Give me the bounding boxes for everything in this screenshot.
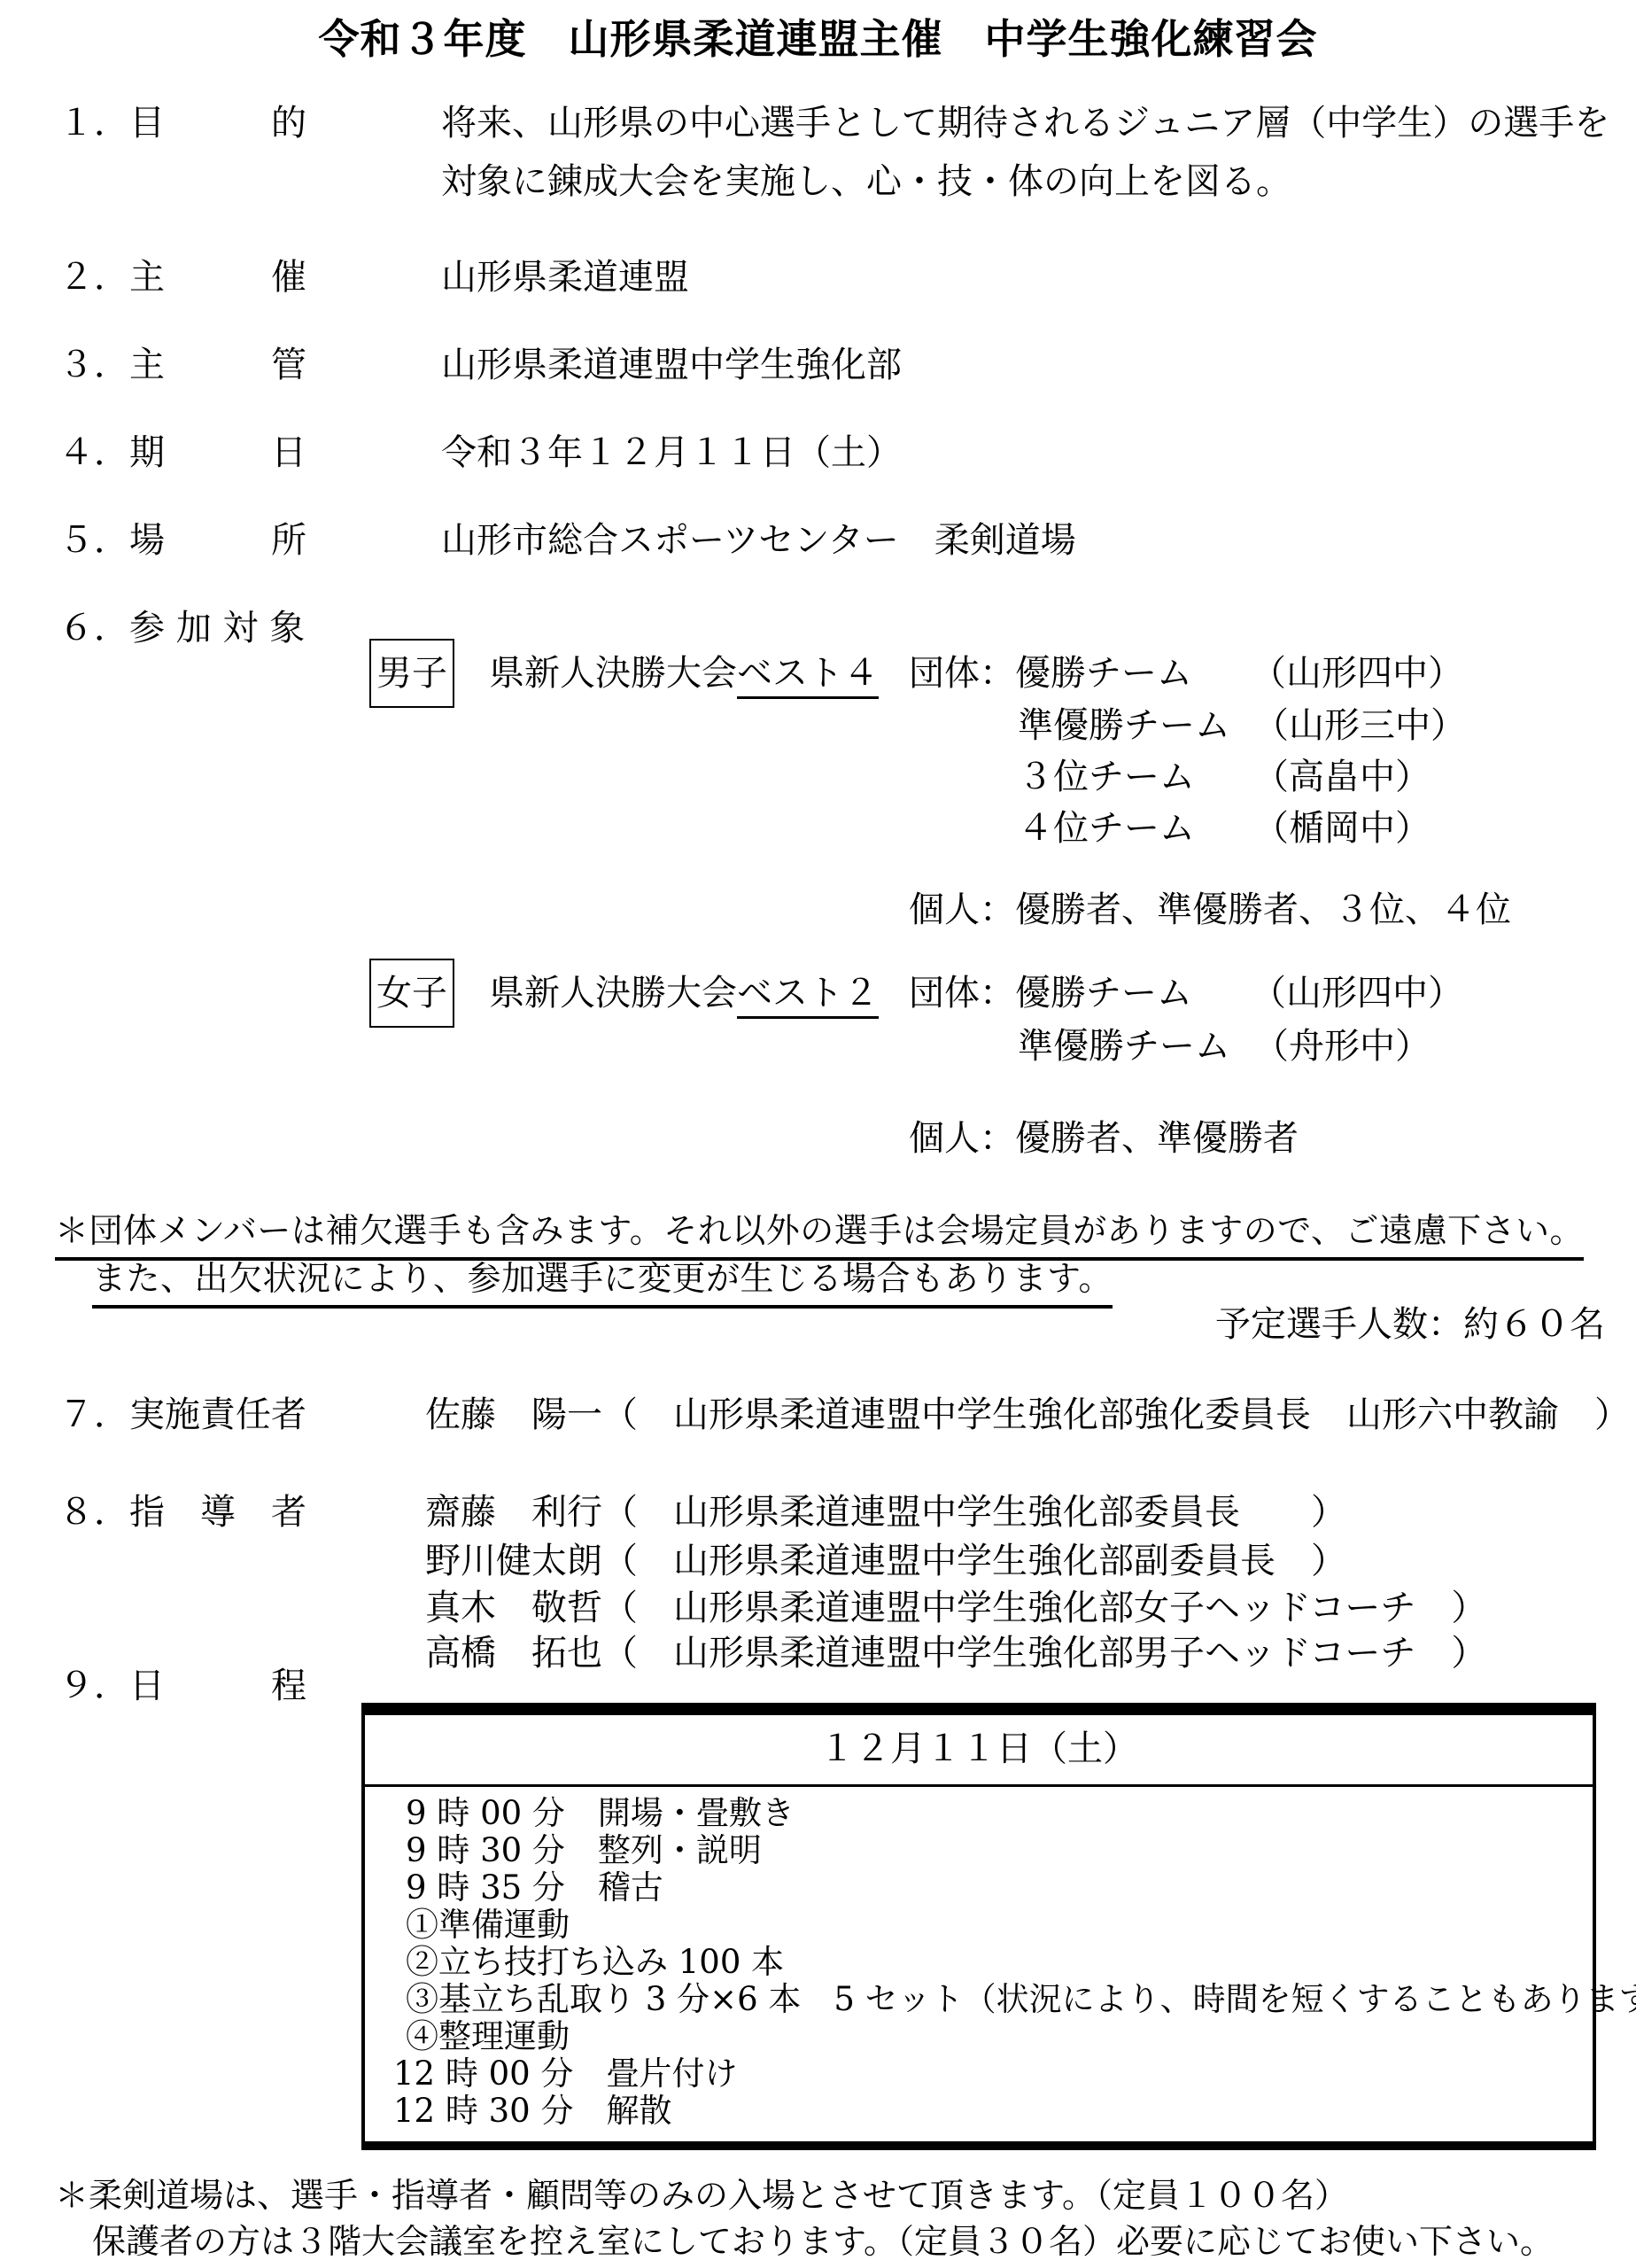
- boys-team-row: ４位チーム（楯岡中）: [1018, 806, 1431, 850]
- team-rank: 準優勝チーム: [1018, 1024, 1253, 1068]
- girls-badge: 女子: [369, 959, 454, 1028]
- schedule-row: ①準備運動: [365, 1907, 1593, 1944]
- boys-team-row: 準優勝チーム（山形三中）: [1018, 703, 1466, 748]
- section-director-label: ７．実施責任者: [58, 1393, 306, 1437]
- coach-row: 齋藤 利行（ 山形県柔道連盟中学生強化部委員長 ）: [425, 1490, 1346, 1534]
- section-purpose-label: １．目 的: [58, 101, 306, 145]
- schedule-rows: 9 時 00 分 開場・畳敷き 9 時 30 分 整列・説明 9 時 35 分 …: [365, 1787, 1593, 2141]
- footer-note-2: 保護者の方は３階大会議室を控え室にしております。（定員３０名）必要に応じてお使い…: [92, 2221, 1554, 2264]
- section-participation-label: ６．参 加 対 象: [58, 606, 305, 650]
- date-body: 令和３年１２月１１日（土）: [441, 431, 902, 475]
- team-group-label: 団体：: [909, 973, 1015, 1014]
- purpose-line-1: 将来、山形県の中心選手として期待されるジュニア層（中学生）の選手を: [441, 101, 1609, 145]
- team-school: （楯岡中）: [1253, 808, 1431, 849]
- section-date-label: ４．期 日: [58, 431, 306, 475]
- schedule-row: 12 時 30 分 解散: [365, 2093, 1593, 2130]
- schedule-header: １２月１１日（土）: [365, 1715, 1593, 1787]
- purpose-line-2: 対象に錬成大会を実施し、心・技・体の向上を図る。: [441, 159, 1291, 204]
- section-supervisor-label: ３．主 管: [58, 343, 306, 387]
- schedule-row: 12 時 00 分 畳片付け: [365, 2055, 1593, 2093]
- team-rank: ４位チーム: [1018, 806, 1253, 850]
- girls-team-row: 準優勝チーム（舟形中）: [1018, 1024, 1431, 1068]
- team-rank: 優勝チーム: [1015, 651, 1251, 695]
- team-group-label: 団体：: [909, 653, 1015, 694]
- schedule-row: 9 時 00 分 開場・畳敷き: [365, 1795, 1593, 1832]
- boys-team-row: ３位チーム（高畠中）: [1018, 755, 1431, 799]
- coach-row: 野川健太朗（ 山形県柔道連盟中学生強化部副委員長 ）: [425, 1539, 1346, 1583]
- schedule-row: ③基立ち乱取り 3 分×6 本 5 セット（状況により、時間を短くすることもあり…: [365, 1981, 1593, 2018]
- schedule-row: ④整理運動: [365, 2018, 1593, 2055]
- boys-team-row: 団体：優勝チーム（山形四中）: [909, 651, 1463, 695]
- girls-qualifier: 県新人決勝大会ベスト２: [489, 971, 879, 1015]
- footer-note-1: ＊柔剣道場は、選手・指導者・顧問等のみの入場とさせて頂きます。（定員１００名）: [55, 2175, 1348, 2218]
- boys-best-underlined: ベスト４: [737, 653, 879, 699]
- schedule-row: 9 時 35 分 稽古: [365, 1869, 1593, 1907]
- team-rank: 準優勝チーム: [1018, 703, 1253, 748]
- section-coaches-label: ８．指 導 者: [58, 1490, 306, 1534]
- schedule-row: ②立ち技打ち込み 100 本: [365, 1944, 1593, 1981]
- team-school: （山形四中）: [1251, 973, 1463, 1014]
- boys-qualifier: 県新人決勝大会ベスト４: [489, 651, 879, 695]
- doc-title: 令和３年度 山形県柔道連盟主催 中学生強化練習会: [0, 14, 1636, 66]
- girls-team-row: 団体：優勝チーム（山形四中）: [909, 971, 1463, 1015]
- girls-qualifier-text: 県新人決勝大会: [489, 973, 737, 1014]
- participation-note-2: また、出欠状況により、参加選手に変更が生じる場合もあります。: [92, 1258, 1113, 1309]
- team-rank: 優勝チーム: [1015, 971, 1251, 1015]
- boys-badge: 男子: [369, 639, 454, 708]
- supervisor-body: 山形県柔道連盟中学生強化部: [441, 343, 902, 387]
- boys-qualifier-text: 県新人決勝大会: [489, 653, 737, 694]
- section-schedule-label: ９．日 程: [58, 1664, 306, 1708]
- team-school: （山形三中）: [1253, 705, 1466, 746]
- schedule-table: １２月１１日（土） 9 時 00 分 開場・畳敷き 9 時 30 分 整列・説明…: [361, 1703, 1596, 2150]
- team-school: （山形四中）: [1251, 653, 1463, 694]
- team-rank: ３位チーム: [1018, 755, 1253, 799]
- venue-body: 山形市総合スポーツセンター 柔剣道場: [441, 518, 1076, 563]
- girls-best-underlined: ベスト２: [737, 973, 879, 1019]
- girls-individual: 個人：優勝者、準優勝者: [909, 1116, 1299, 1161]
- expected-count: 予定選手人数：約６０名: [1215, 1302, 1605, 1347]
- director-entry: 佐藤 陽一（ 山形県柔道連盟中学生強化部強化委員長 山形六中教諭 ）: [425, 1393, 1630, 1437]
- boys-individual: 個人：優勝者、準優勝者、３位、４位: [909, 888, 1511, 932]
- section-venue-label: ５．場 所: [58, 518, 306, 563]
- coach-row: 高橋 拓也（ 山形県柔道連盟中学生強化部男子ヘッドコーチ ）: [425, 1631, 1486, 1675]
- document-page: 令和３年度 山形県柔道連盟主催 中学生強化練習会 １．目 的 将来、山形県の中心…: [0, 0, 1636, 2268]
- team-school: （舟形中）: [1253, 1026, 1431, 1067]
- coach-row: 真木 敬哲（ 山形県柔道連盟中学生強化部女子ヘッドコーチ ）: [425, 1586, 1486, 1630]
- team-school: （高畠中）: [1253, 757, 1431, 797]
- section-host-label: ２．主 催: [58, 255, 306, 299]
- schedule-row: 9 時 30 分 整列・説明: [365, 1832, 1593, 1869]
- host-body: 山形県柔道連盟: [441, 255, 689, 299]
- participation-note-1: ＊団体メンバーは補欠選手も含みます。それ以外の選手は会場定員がありますので、ご遠…: [55, 1210, 1584, 1261]
